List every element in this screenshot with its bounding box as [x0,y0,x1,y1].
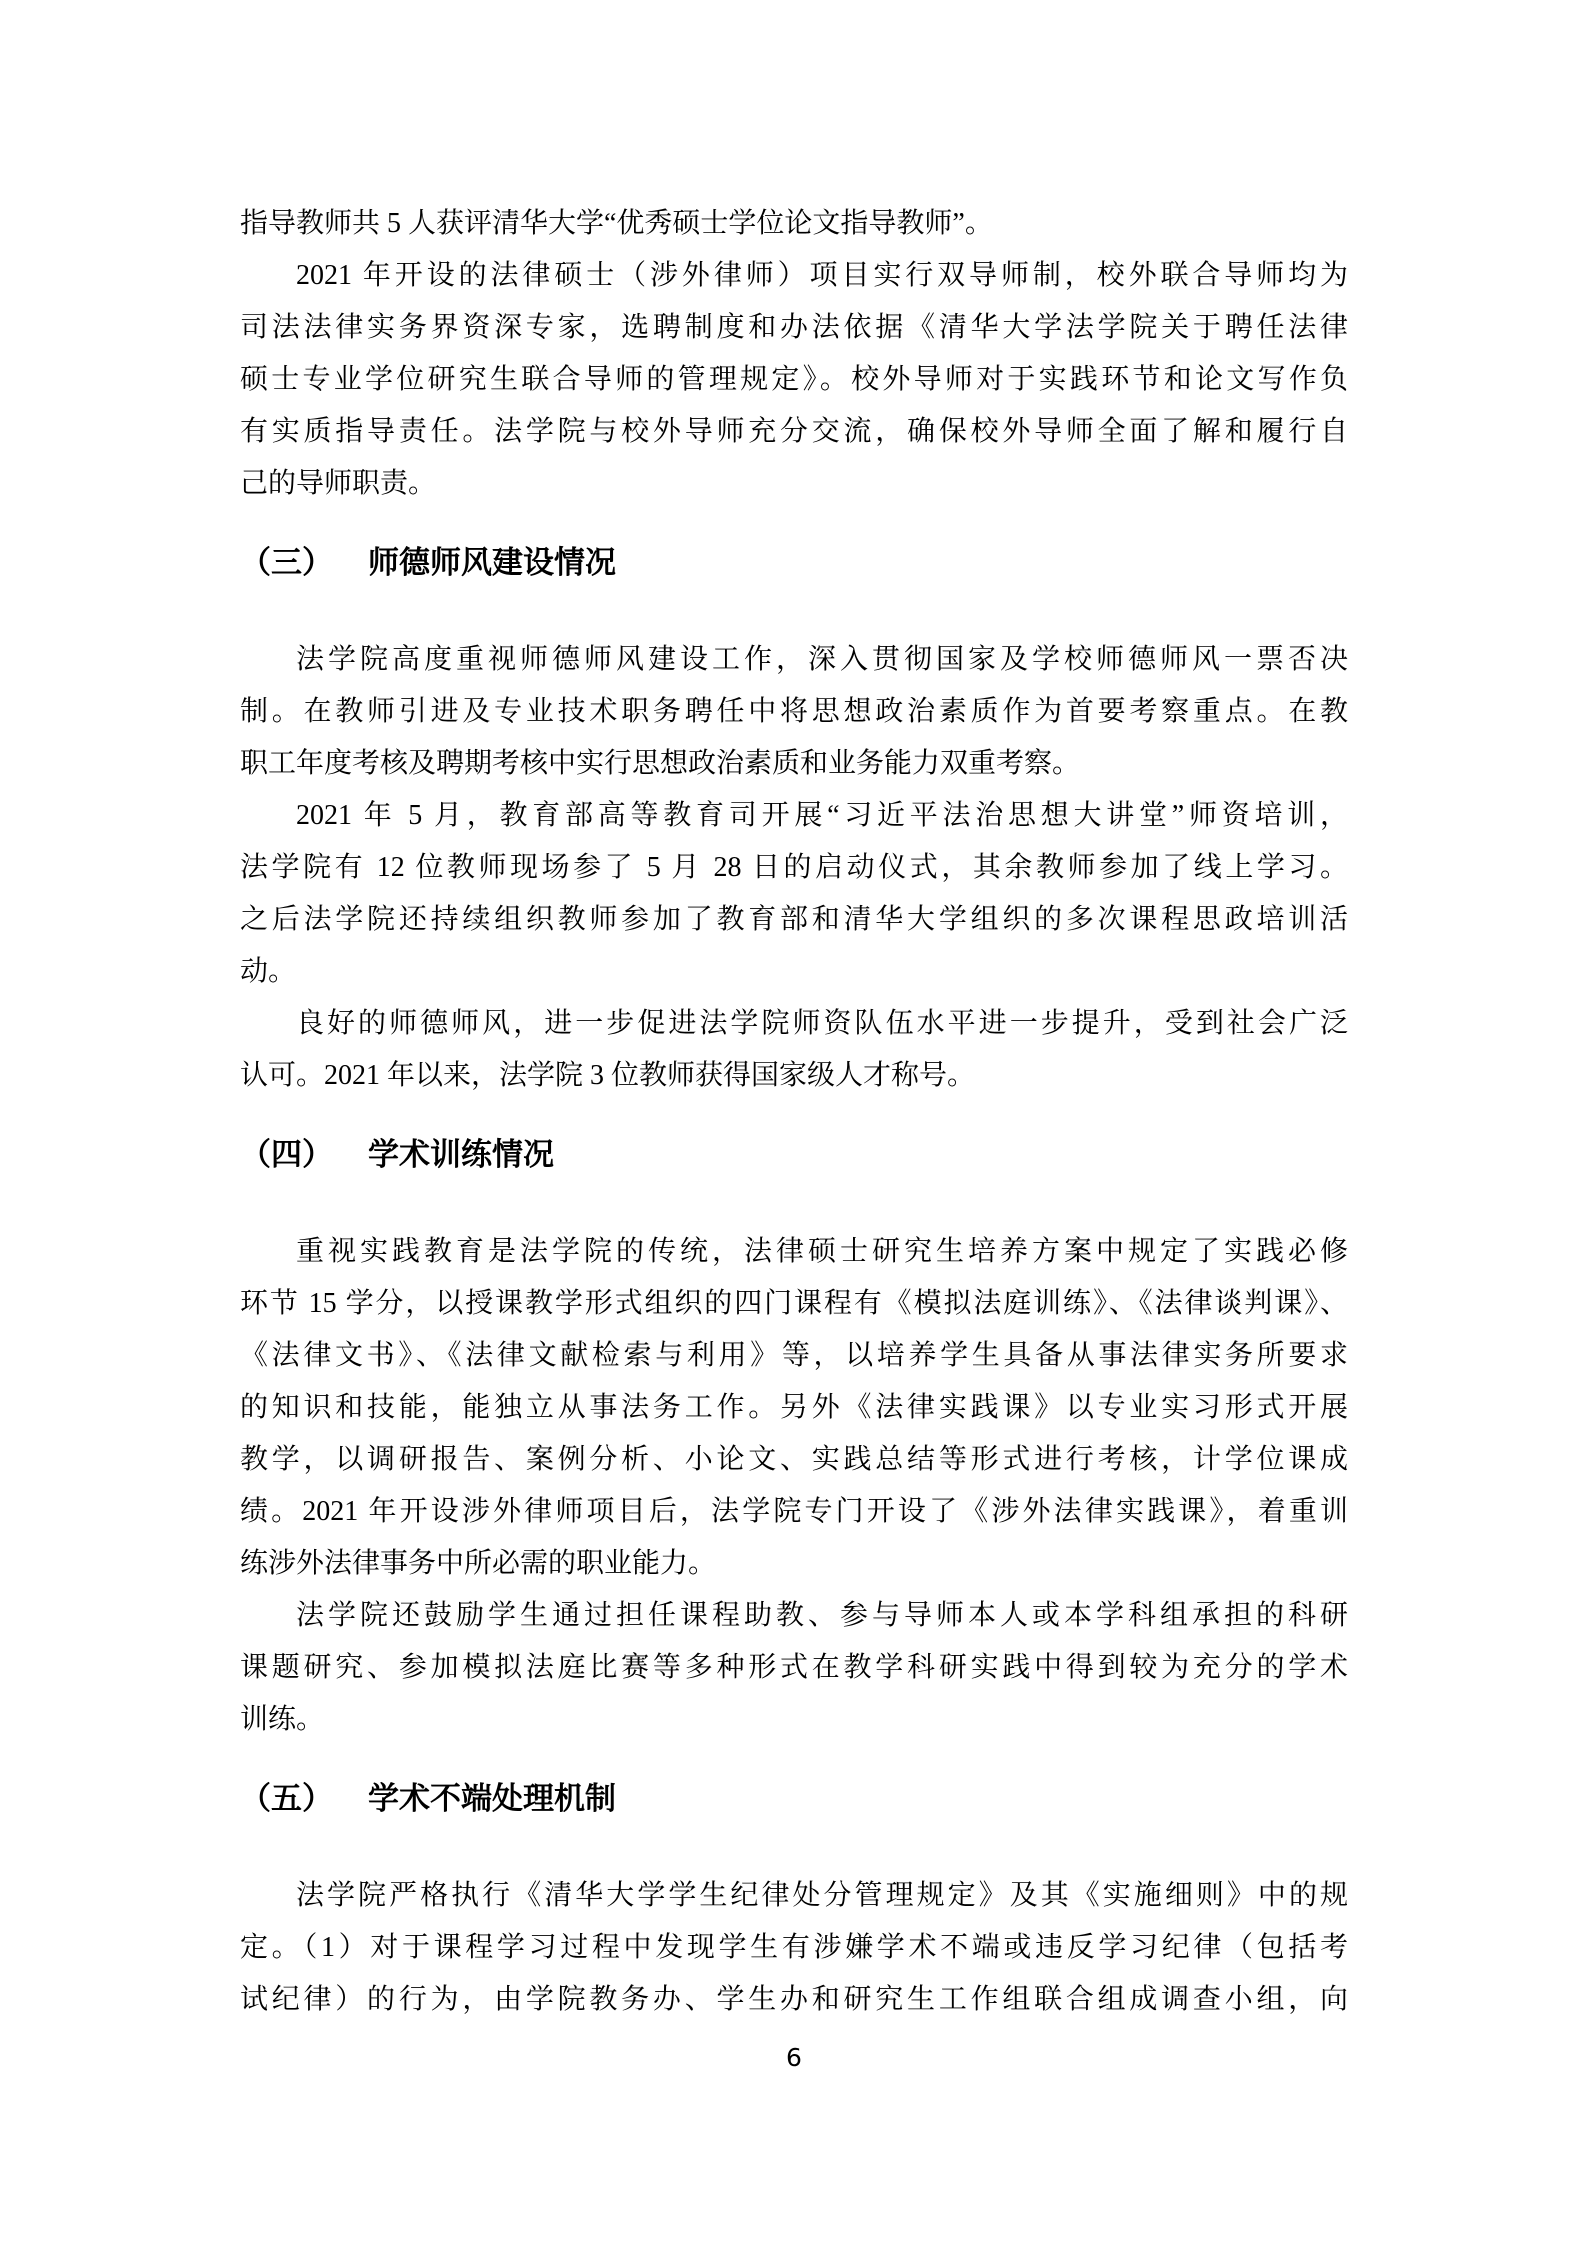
paragraph: 指导教师共 5 人获评清华大学“优秀硕士学位论文指导教师”。 [240,198,1348,250]
text-line: 认可。2021 年以来，法学院 3 位教师获得国家级人才称号。 [240,1050,1348,1102]
text-line: 环节 15 学分，以授课教学形式组织的四门课程有《模拟法庭训练》、《法律谈判课》… [240,1278,1348,1330]
text-line: 法学院还鼓励学生通过担任课程助教、参与导师本人或本学科组承担的科研 [240,1590,1348,1642]
text-line: 2021 年 5 月，教育部高等教育司开展“习近平法治思想大讲堂”师资培训， [240,790,1348,842]
paragraph: 2021 年开设的法律硕士（涉外律师）项目实行双导师制，校外联合导师均为 司法法… [240,250,1348,510]
heading-number: （五） [240,1781,333,1817]
text-line: 重视实践教育是法学院的传统，法律硕士研究生培养方案中规定了实践必修 [240,1226,1348,1278]
heading-title: 学术训练情况 [368,1137,554,1173]
paragraph: 法学院高度重视师德师风建设工作，深入贯彻国家及学校师德师风一票否决 制。在教师引… [240,634,1348,790]
document-body: 指导教师共 5 人获评清华大学“优秀硕士学位论文指导教师”。 2021 年开设的… [240,198,1348,2076]
text-line: 教学，以调研报告、案例分析、小论文、实践总结等形式进行考核，计学位课成 [240,1434,1348,1486]
document-page: 指导教师共 5 人获评清华大学“优秀硕士学位论文指导教师”。 2021 年开设的… [0,0,1587,2245]
text-line: 司法法律实务界资深专家，选聘制度和办法依据《清华大学法学院关于聘任法律 [240,302,1348,354]
text-line: 定。（1）对于课程学习过程中发现学生有涉嫌学术不端或违反学习纪律（包括考 [240,1922,1348,1974]
section-heading: （五）学术不端处理机制 [240,1776,1348,1822]
text-line: 职工年度考核及聘期考核中实行思想政治素质和业务能力双重考察。 [240,738,1348,790]
heading-number: （四） [240,1137,333,1173]
paragraph: 法学院还鼓励学生通过担任课程助教、参与导师本人或本学科组承担的科研 课题研究、参… [240,1590,1348,1746]
text-line: 课题研究、参加模拟法庭比赛等多种形式在教学科研实践中得到较为充分的学术 [240,1642,1348,1694]
paragraph: 重视实践教育是法学院的传统，法律硕士研究生培养方案中规定了实践必修 环节 15 … [240,1226,1348,1590]
page-number: 6 [240,2040,1348,2076]
text-line: 有实质指导责任。法学院与校外导师充分交流，确保校外导师全面了解和履行自 [240,406,1348,458]
text-line: 的知识和技能，能独立从事法务工作。另外《法律实践课》以专业实习形式开展 [240,1382,1348,1434]
text-line: 指导教师共 5 人获评清华大学“优秀硕士学位论文指导教师”。 [240,198,1348,250]
section-heading: （三）师德师风建设情况 [240,540,1348,586]
text-line: 己的导师职责。 [240,458,1348,510]
paragraph: 良好的师德师风，进一步促进法学院师资队伍水平进一步提升，受到社会广泛 认可。20… [240,998,1348,1102]
text-line: 制。在教师引进及专业技术职务聘任中将思想政治素质作为首要考察重点。在教 [240,686,1348,738]
text-line: 法学院有 12 位教师现场参了 5 月 28 日的启动仪式，其余教师参加了线上学… [240,842,1348,894]
text-line: 动。 [240,946,1348,998]
text-line: 试纪律）的行为，由学院教务办、学生办和研究生工作组联合组成调查小组，向 [240,1974,1348,2026]
text-line: 良好的师德师风，进一步促进法学院师资队伍水平进一步提升，受到社会广泛 [240,998,1348,1050]
text-line: 训练。 [240,1694,1348,1746]
paragraph: 2021 年 5 月，教育部高等教育司开展“习近平法治思想大讲堂”师资培训， 法… [240,790,1348,998]
text-line: 硕士专业学位研究生联合导师的管理规定》。校外导师对于实践环节和论文写作负 [240,354,1348,406]
text-line: 《法律文书》、《法律文献检索与利用》等，以培养学生具备从事法律实务所要求 [240,1330,1348,1382]
section-heading: （四）学术训练情况 [240,1132,1348,1178]
text-line: 练涉外法律事务中所必需的职业能力。 [240,1538,1348,1590]
heading-number: （三） [240,545,333,581]
text-line: 法学院严格执行《清华大学学生纪律处分管理规定》及其《实施细则》中的规 [240,1870,1348,1922]
text-line: 法学院高度重视师德师风建设工作，深入贯彻国家及学校师德师风一票否决 [240,634,1348,686]
paragraph: 法学院严格执行《清华大学学生纪律处分管理规定》及其《实施细则》中的规 定。（1）… [240,1870,1348,2026]
text-line: 之后法学院还持续组织教师参加了教育部和清华大学组织的多次课程思政培训活 [240,894,1348,946]
text-line: 2021 年开设的法律硕士（涉外律师）项目实行双导师制，校外联合导师均为 [240,250,1348,302]
heading-title: 学术不端处理机制 [368,1781,616,1817]
heading-title: 师德师风建设情况 [368,545,616,581]
text-line: 绩。2021 年开设涉外律师项目后，法学院专门开设了《涉外法律实践课》，着重训 [240,1486,1348,1538]
